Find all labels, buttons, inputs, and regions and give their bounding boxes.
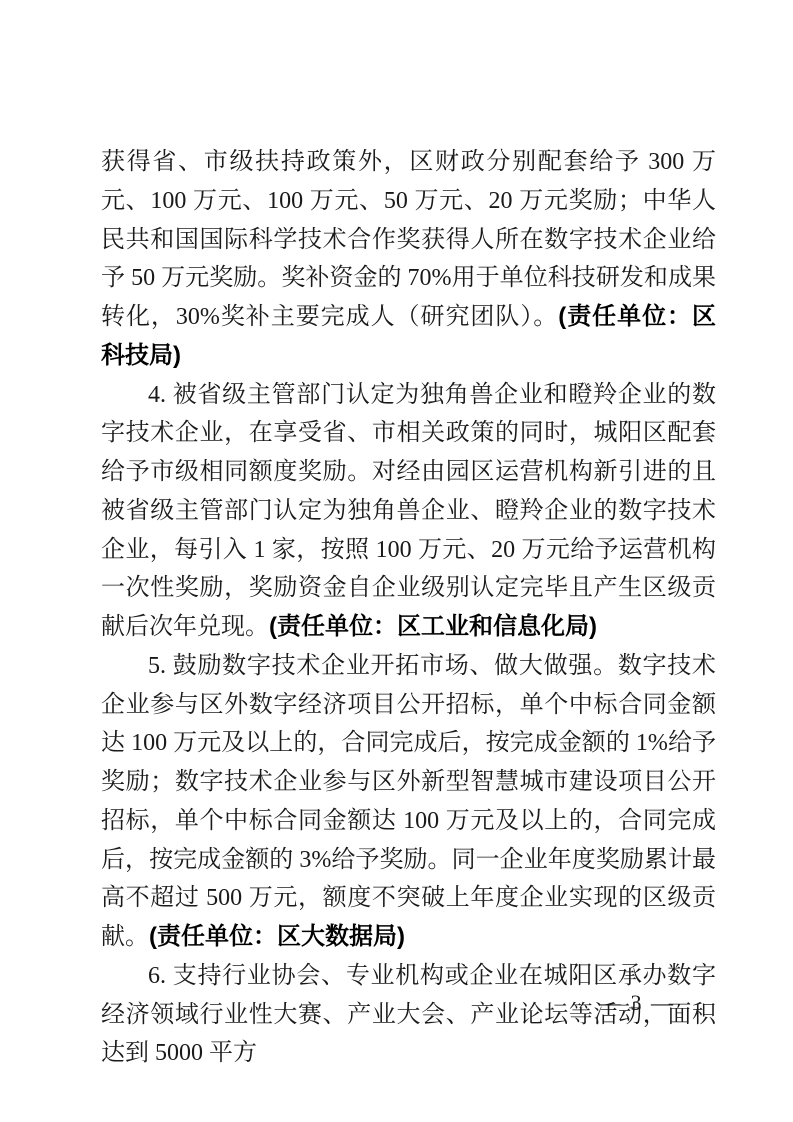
document-body: 获得省、市级扶持政策外，区财政分别配套给予 300 万元、100 万元、100 …: [101, 143, 716, 1073]
paragraph-text: 4. 被省级主管部门认定为独角兽企业和瞪羚企业的数字技术企业，在享受省、市相关政…: [101, 382, 716, 641]
paragraph: 4. 被省级主管部门认定为独角兽企业和瞪羚企业的数字技术企业，在享受省、市相关政…: [101, 376, 716, 647]
responsible-unit-label: (责任单位：区工业和信息化局): [269, 613, 597, 640]
paragraph: 5. 鼓励数字技术企业开拓市场、做大做强。数字技术企业参与区外数字经济项目公开招…: [101, 647, 716, 957]
responsible-unit-label: (责任单位：区大数据局): [149, 923, 405, 950]
paragraph: 获得省、市级扶持政策外，区财政分别配套给予 300 万元、100 万元、100 …: [101, 143, 716, 376]
paragraph-text: 5. 鼓励数字技术企业开拓市场、做大做强。数字技术企业参与区外数字经济项目公开招…: [101, 653, 716, 950]
document-page: 获得省、市级扶持政策外，区财政分别配套给予 300 万元、100 万元、100 …: [0, 0, 793, 1122]
page-number: — 3 —: [599, 988, 675, 1018]
